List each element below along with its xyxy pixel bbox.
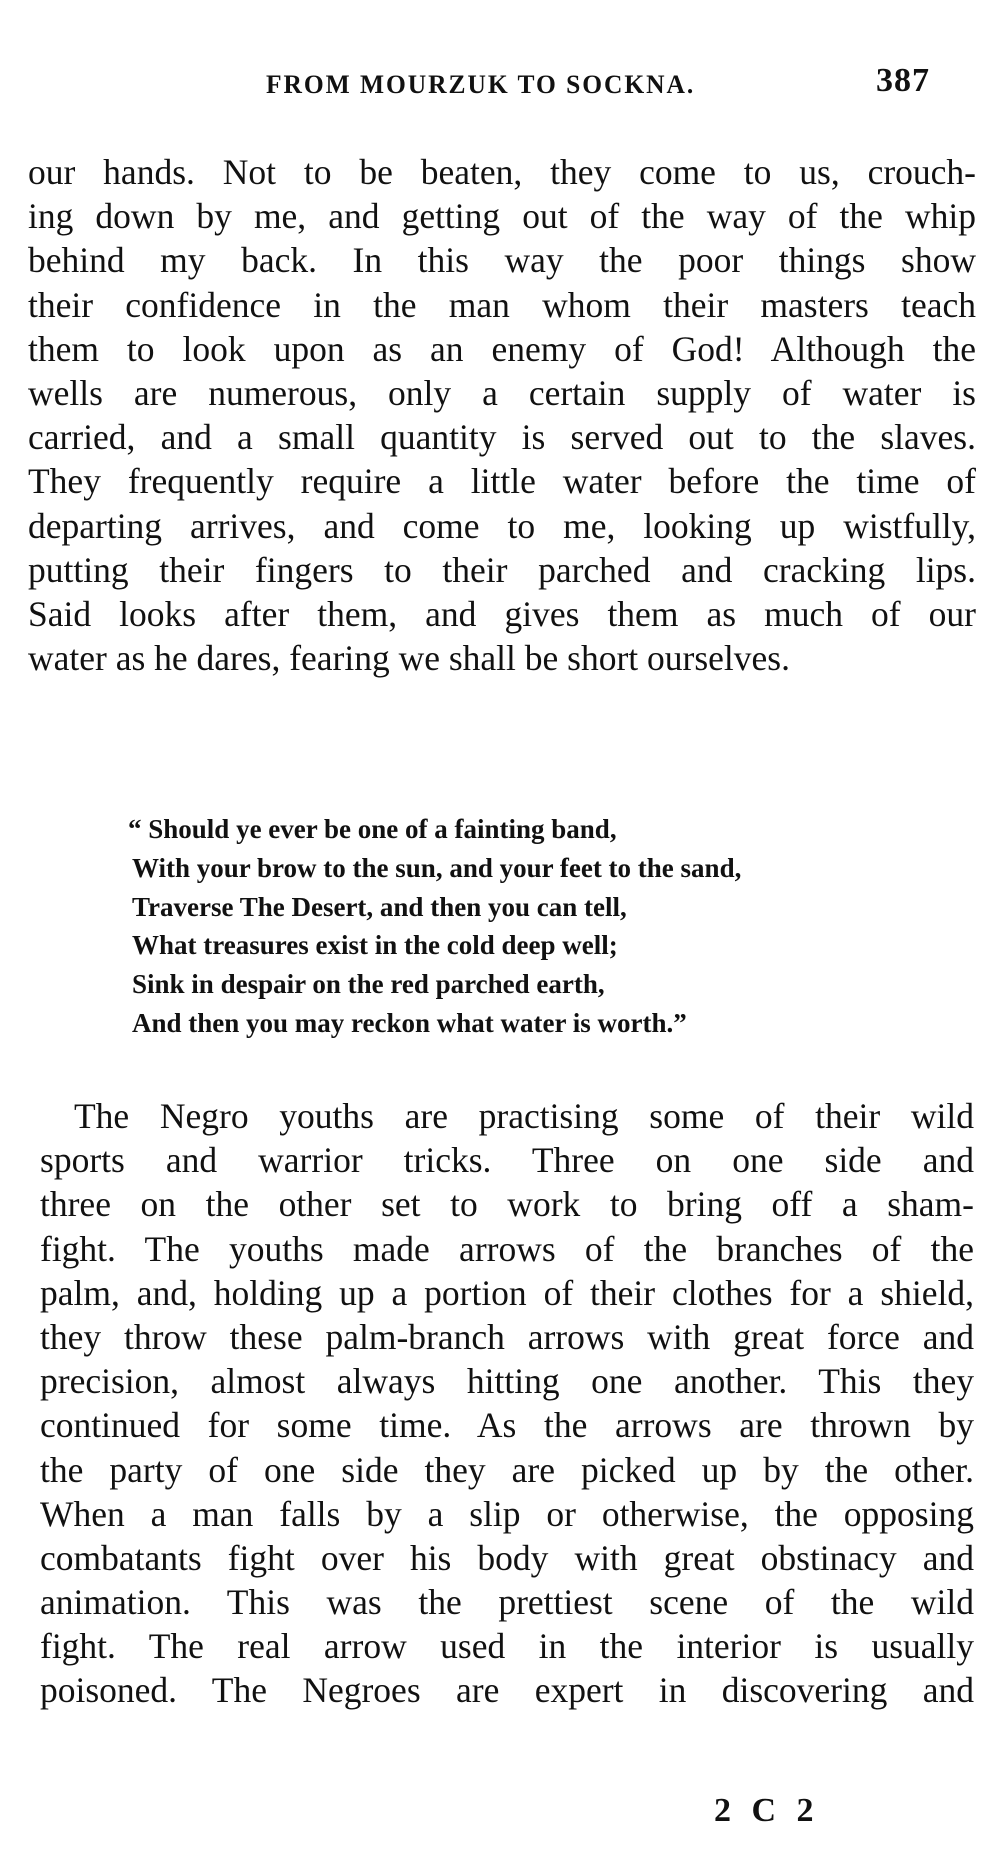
verse-quotation: “ Should ye ever be one of a fainting ba… [128,810,741,1043]
signature-mark: 2 C 2 [714,1792,820,1830]
text-line: palm, and, holding up a portion of their… [40,1271,974,1315]
paragraph-1: our hands. Not to be beaten, they come t… [28,150,976,680]
verse-line: And then you may reckon what water is wo… [132,1004,741,1043]
text-line: them to look upon as an enemy of God! Al… [28,327,976,371]
running-title: FROM MOURZUK TO SOCKNA. [266,70,695,100]
text-line: wells are numerous, only a certain suppl… [28,371,976,415]
text-line: sports and warrior tricks. Three on one … [40,1138,974,1182]
verse-line: With your brow to the sun, and your feet… [132,849,741,888]
text-line: their confidence in the man whom their m… [28,283,976,327]
paragraph-2: The Negro youths are practising some of … [40,1094,974,1713]
text-line: precision, almost always hitting one ano… [40,1359,974,1403]
text-line: They frequently require a little water b… [28,459,976,503]
text-line: they throw these palm-branch arrows with… [40,1315,974,1359]
running-head: FROM MOURZUK TO SOCKNA. 387 [0,62,1000,112]
text-line: carried, and a small quantity is served … [28,415,976,459]
text-line: behind my back. In this way the poor thi… [28,238,976,282]
text-line: combatants fight over his body with grea… [40,1536,974,1580]
text-line: poisoned. The Negroes are expert in disc… [40,1668,974,1712]
verse-line: “ Should ye ever be one of a fainting ba… [128,810,741,849]
text-line: animation. This was the prettiest scene … [40,1580,974,1624]
text-line: ing down by me, and getting out of the w… [28,194,976,238]
text-line: the party of one side they are picked up… [40,1448,974,1492]
text-line: The Negro youths are practising some of … [40,1094,974,1138]
text-line: our hands. Not to be beaten, they come t… [28,150,976,194]
text-line: continued for some time. As the arrows a… [40,1403,974,1447]
text-line: departing arrives, and come to me, looki… [28,504,976,548]
text-line: putting their fingers to their parched a… [28,548,976,592]
text-line: water as he dares, fearing we shall be s… [28,636,976,680]
verse-line: What treasures exist in the cold deep we… [132,926,741,965]
text-line: three on the other set to work to bring … [40,1182,974,1226]
text-line: fight. The youths made arrows of the bra… [40,1227,974,1271]
verse-line: Traverse The Desert, and then you can te… [132,888,741,927]
text-line: Said looks after them, and gives them as… [28,592,976,636]
text-line: When a man falls by a slip or otherwise,… [40,1492,974,1536]
text-line: fight. The real arrow used in the interi… [40,1624,974,1668]
page-number: 387 [876,62,930,100]
book-page: FROM MOURZUK TO SOCKNA. 387 our hands. N… [0,0,1000,1872]
verse-line: Sink in despair on the red parched earth… [132,965,741,1004]
